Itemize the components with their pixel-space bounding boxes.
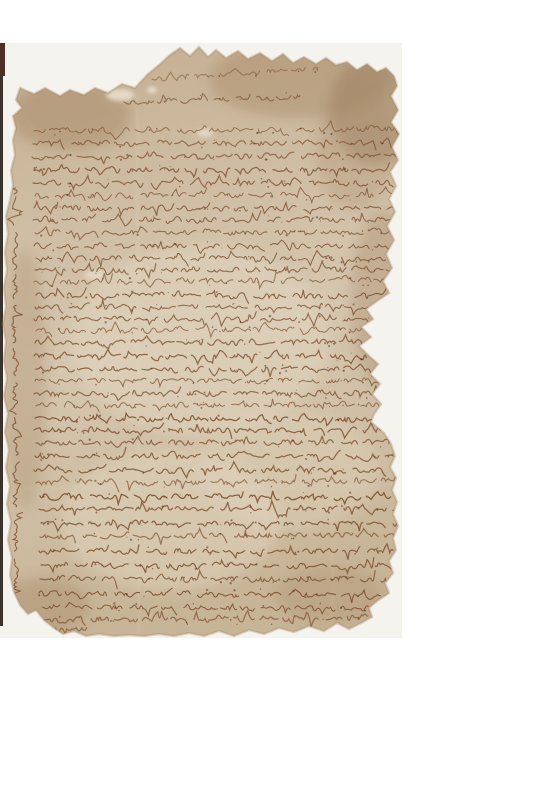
scanner-edge-strip bbox=[0, 43, 3, 626]
scanned-document-page: Scan of a torn, aged paper leaf covered … bbox=[0, 0, 549, 800]
manuscript-scan: Scan of a torn, aged paper leaf covered … bbox=[0, 0, 549, 800]
scanner-edge-strip-top bbox=[0, 43, 5, 76]
